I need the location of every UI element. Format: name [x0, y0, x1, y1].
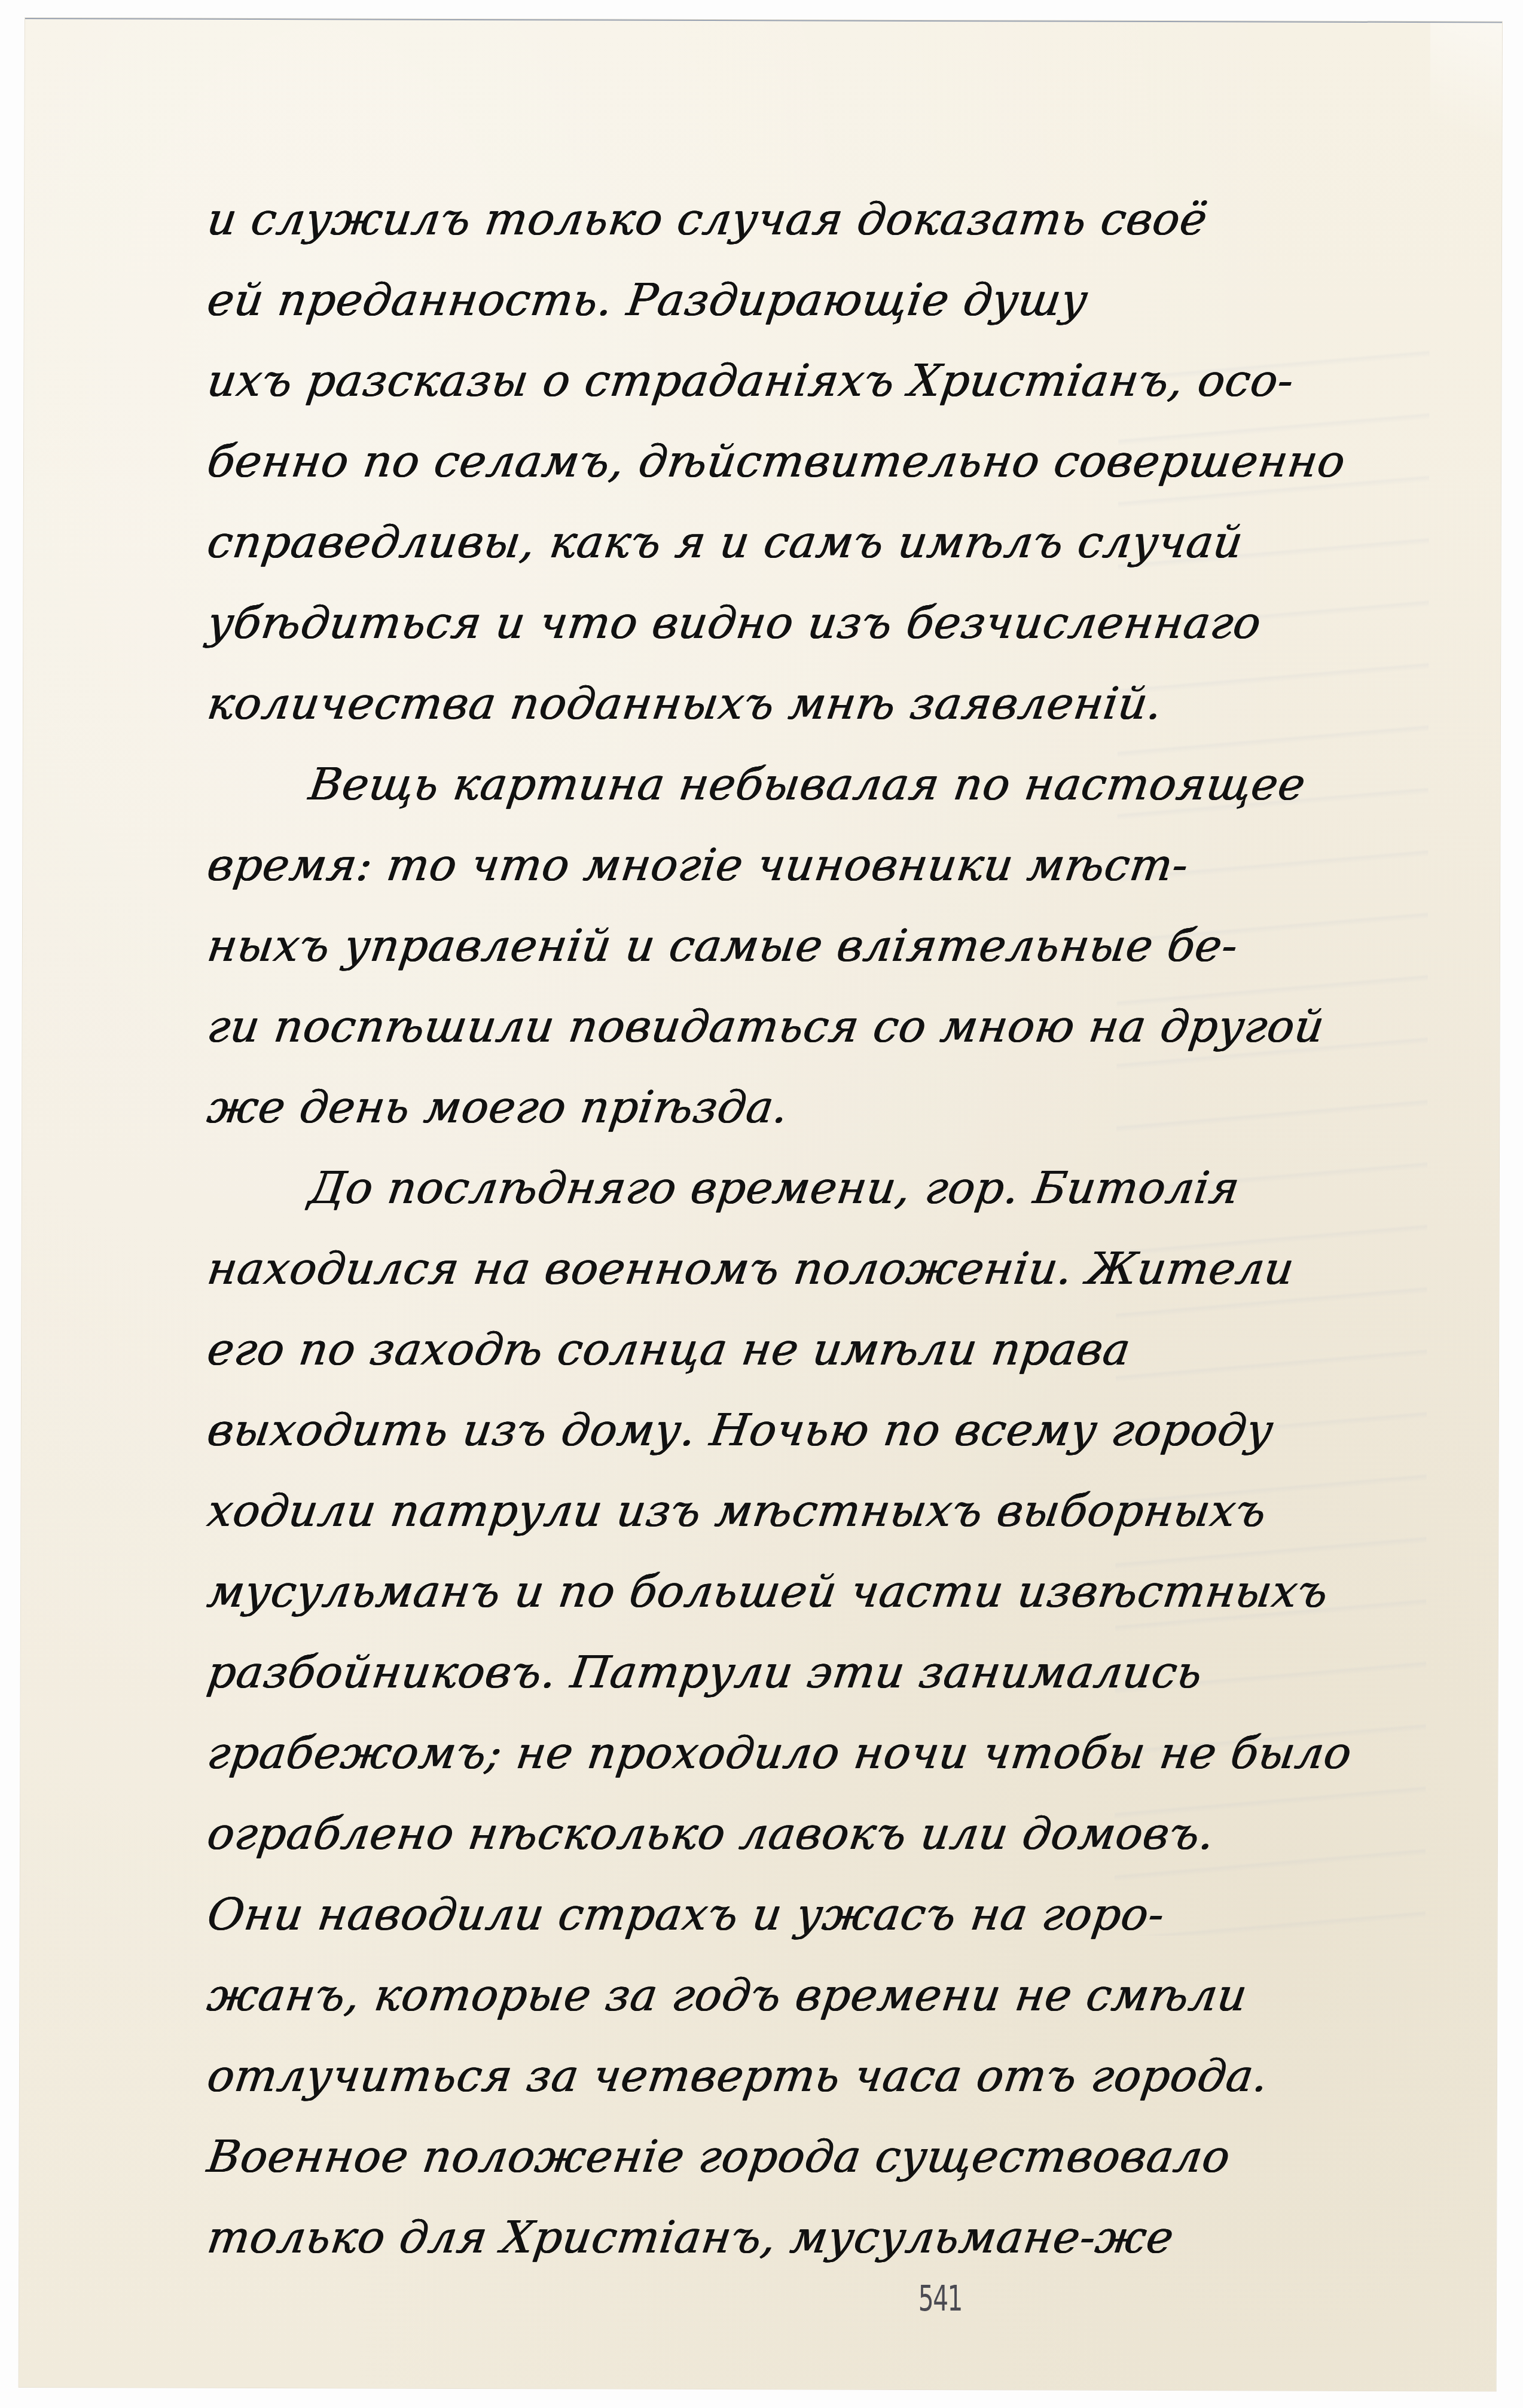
manuscript-line: жанъ, которые за годъ времени не смѣли: [202, 1955, 1463, 2036]
manuscript-line: мусульманъ и по большей части извѣстныхъ: [202, 1552, 1463, 1632]
manuscript-line: ныхъ управленій и самые вліятельные бе-: [202, 906, 1463, 987]
manuscript-line: же день моего пріѣзда.: [202, 1067, 1463, 1148]
manuscript-line: и служилъ только случая доказать своё: [202, 179, 1463, 260]
manuscript-line: только для Христіанъ, мусульмане-же: [202, 2198, 1463, 2278]
manuscript-line: находился на военномъ положеніи. Жители: [202, 1229, 1463, 1310]
manuscript-text-block: и служилъ только случая доказать своё ей…: [202, 179, 1452, 2278]
manuscript-line: Военное положеніе города существовало: [202, 2117, 1463, 2198]
manuscript-line: ги поспѣшили повидаться со мною на друго…: [202, 987, 1463, 1067]
manuscript-line: время: то что многіе чиновники мѣст-: [202, 825, 1463, 906]
paragraph-start-line: До послѣдняго времени, гор. Битолія: [202, 1148, 1463, 1229]
manuscript-line: Они наводили страхъ и ужасъ на горо-: [202, 1875, 1463, 1955]
manuscript-line: выходить изъ дому. Ночью по всему городу: [202, 1390, 1463, 1471]
manuscript-line: количества поданныхъ мнѣ заявленій.: [202, 664, 1463, 744]
manuscript-line: ограблено нѣсколько лавокъ или домовъ.: [202, 1794, 1463, 1875]
manuscript-line: справедливы, какъ я и самъ имѣлъ случай: [202, 502, 1463, 583]
paragraph-start-line: Вещь картина небывалая по настоящее: [202, 744, 1463, 825]
folio-number: 541: [918, 2278, 962, 2319]
manuscript-line: убѣдиться и что видно изъ безчисленнаго: [202, 583, 1463, 664]
manuscript-line: его по заходѣ солнца не имѣли права: [202, 1310, 1463, 1390]
manuscript-line: разбойниковъ. Патрули эти занимались: [202, 1632, 1463, 1713]
manuscript-line: отлучиться за четверть часа отъ города.: [202, 2036, 1463, 2117]
corner-crease: [1430, 23, 1502, 178]
manuscript-line: ей преданность. Раздирающіе душу: [202, 260, 1463, 341]
manuscript-line: ихъ разсказы о страданіяхъ Христіанъ, ос…: [202, 341, 1463, 422]
manuscript-line: грабежомъ; не проходило ночи чтобы не бы…: [202, 1713, 1463, 1794]
manuscript-line: бенно по селамъ, дѣйствительно совершенн…: [202, 422, 1463, 502]
manuscript-line: ходили патрули изъ мѣстныхъ выборныхъ: [202, 1471, 1463, 1552]
